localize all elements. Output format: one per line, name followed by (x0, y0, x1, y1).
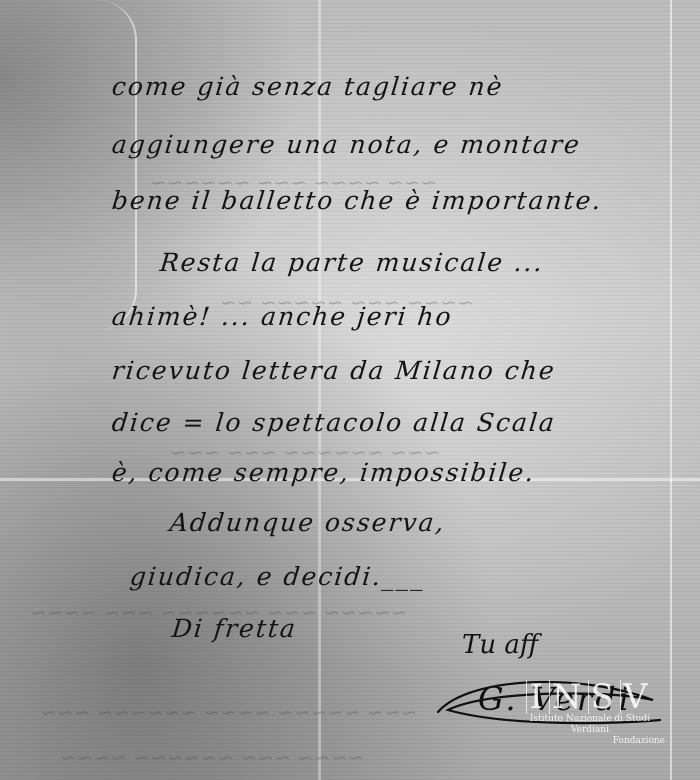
paper-edge-left (95, 0, 137, 330)
watermark-letter: I (526, 680, 548, 714)
letter-line: ahimè! ... anche jeri ho (110, 302, 454, 331)
watermark-letter: N (549, 680, 588, 714)
bleed-through-text: ~~~~ ~~~ ~~~~~~ ~~~~ (60, 745, 364, 769)
fold-crease-vertical (318, 0, 321, 780)
paper-edge-right (670, 0, 672, 780)
archive-watermark: INSV Istituto Nazionale di Studi Verdian… (515, 680, 665, 747)
letter-line: ricevuto lettera da Milano che (110, 356, 557, 385)
bleed-through-text: ~~~ ~~~~~ ~~~~ ~~~~~~ ~~~ (40, 700, 417, 724)
letter-line: dice = lo spettacolo alla Scala (110, 408, 557, 437)
letter-line: Addunque osserva, (168, 508, 447, 537)
letter-line: è, come sempre, impossibile. (110, 458, 536, 487)
letter-line: Di fretta (170, 614, 298, 643)
watermark-letter: V (620, 680, 654, 714)
watermark-institution: Istituto Nazionale di Studi Verdiani (515, 714, 665, 736)
letter-line: giudica, e decidi.___ (128, 562, 427, 591)
watermark-logo: INSV (515, 680, 665, 714)
letter-page: ~~~ ~~~~ ~~~ ~~~~~~ ~~~~ ~~~ ~~~~~ ~~ ~~… (0, 0, 700, 780)
watermark-subtitle: Fondazione (515, 736, 665, 747)
watermark-letter: S (588, 680, 620, 714)
letter-line: aggiungere una nota, e montare (110, 130, 582, 159)
closing-salutation: Tu aff (462, 630, 538, 660)
letter-line: come già senza tagliare nè (110, 72, 505, 101)
letter-line: bene il balletto che è importante. (110, 186, 604, 215)
letter-line: Resta la parte musicale ... (158, 248, 545, 277)
